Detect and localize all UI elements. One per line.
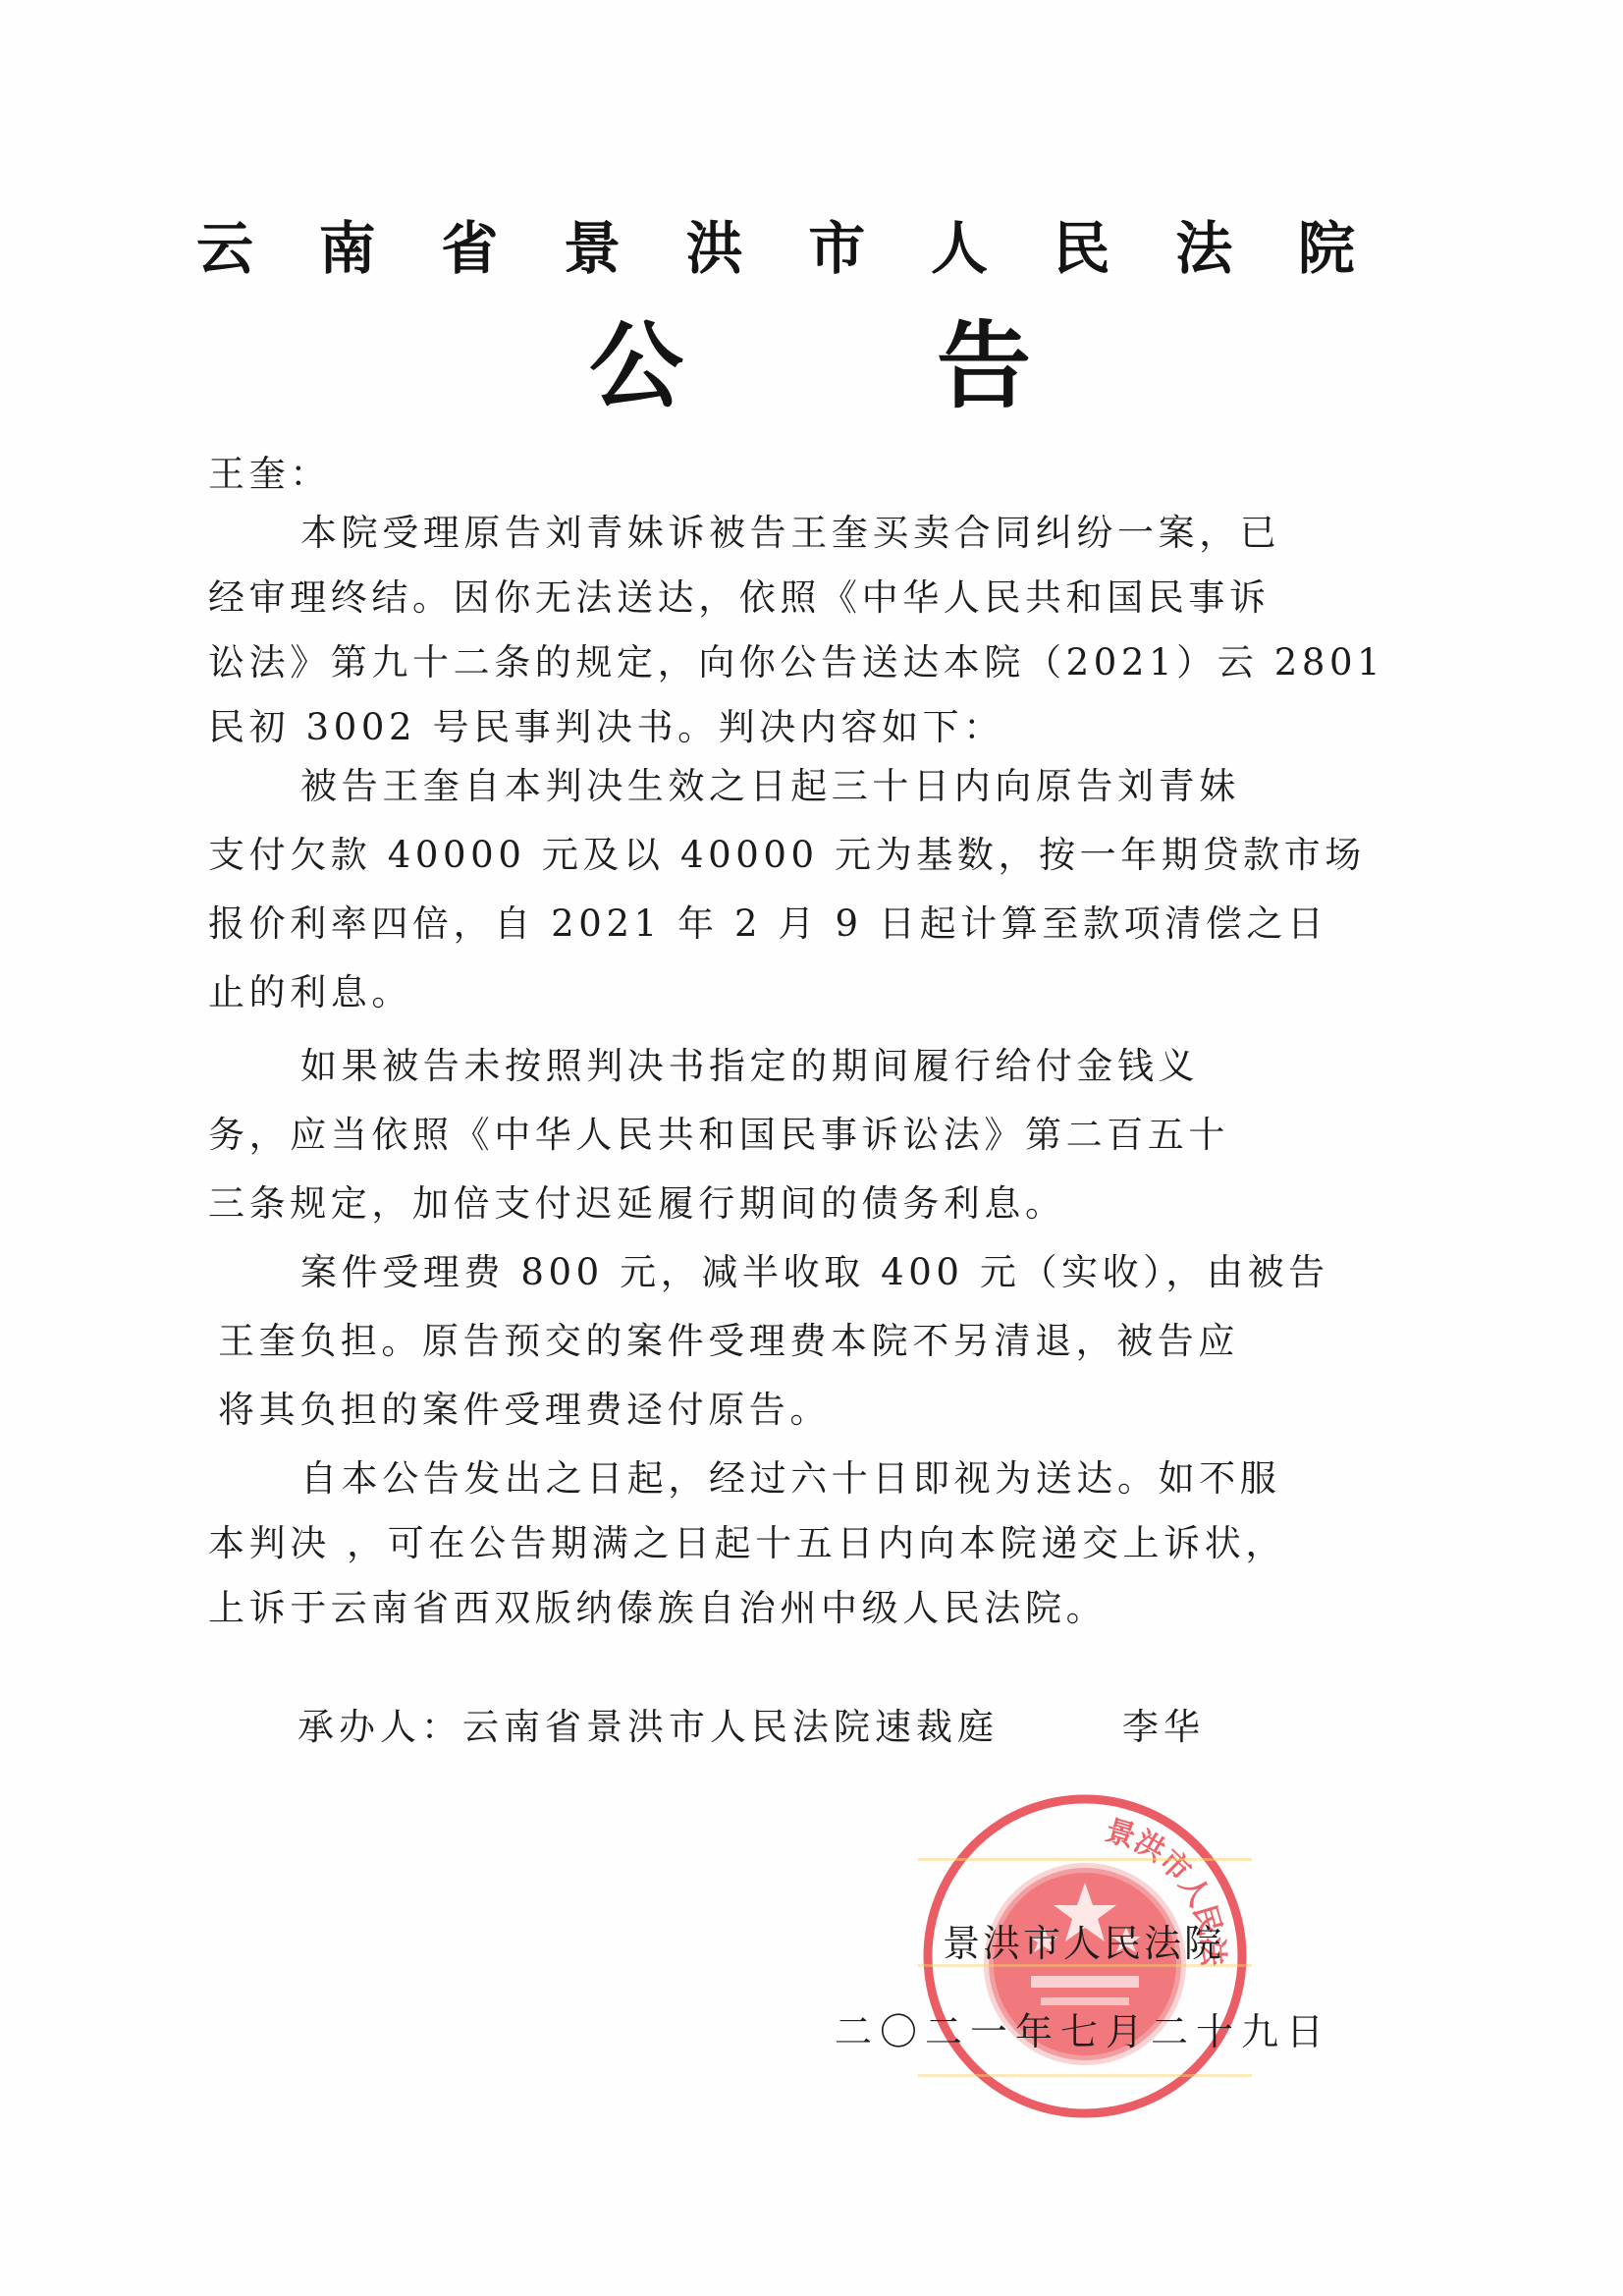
- text-line: 民初 3002 号民事判决书。判决内容如下：: [208, 697, 1004, 750]
- notice-title-char: 告: [937, 312, 1031, 420]
- handler-line: 承办人：云南省景洪市人民法院速裁庭: [298, 1697, 999, 1750]
- text-line: 将其负担的案件受理费迳付原告。: [218, 1380, 831, 1433]
- text-line: 止的利息。: [208, 962, 412, 1015]
- court-name-char: 民: [1054, 214, 1110, 283]
- text-line: 讼法》第九十二条的规定，向你公告送达本院（2021）云 2801: [208, 632, 1384, 685]
- handler-name: 李华: [1122, 1697, 1205, 1750]
- text-line: 三条规定，加倍支付迟延履行期间的债务利息。: [208, 1174, 1066, 1227]
- court-name-char: 人: [931, 214, 988, 283]
- text-line: 被告王奎自本判决生效之日起三十日内向原告刘青妹: [300, 756, 1240, 809]
- court-name-char: 省: [441, 214, 498, 283]
- court-name-char: 洪: [686, 214, 743, 283]
- document-page: 云 南 省 景 洪 市 人 民 法 院 公 告 王奎： 本院受理原告刘青妹诉被告…: [0, 0, 1623, 2296]
- handler-department: 云南省景洪市人民法院速裁庭: [462, 1706, 999, 1748]
- issuer-name: 景洪市人民法院: [943, 1913, 1224, 1967]
- court-name-heading: 云 南 省 景 洪 市 人 民 法 院: [196, 214, 1355, 283]
- text-line: 支付欠款 40000 元及以 40000 元为基数，按一年期贷款市场: [208, 825, 1366, 878]
- text-line: 如果被告未按照判决书指定的期间履行给付金钱义: [300, 1036, 1199, 1089]
- court-name-char: 法: [1175, 214, 1232, 283]
- text-line: 上诉于云南省西双版纳傣族自治州中级人民法院。: [208, 1578, 1107, 1631]
- text-line: 经审理终结。因你无法送达，依照《中华人民共和国民事诉: [208, 568, 1271, 621]
- notice-title-char: 公: [589, 312, 683, 420]
- issue-date: 二〇二一年七月二十九日: [835, 2001, 1331, 2055]
- court-name-char: 南: [319, 214, 376, 283]
- text-line: 本院受理原告刘青妹诉被告王奎买卖合同纠纷一案，已: [300, 503, 1280, 556]
- addressee-line: 王奎：: [208, 444, 331, 497]
- notice-title: 公 告: [589, 312, 1031, 420]
- court-name-char: 景: [564, 214, 621, 283]
- court-name-char: 院: [1298, 214, 1355, 283]
- text-line: 本判决 ，可在公告期满之日起十五日内向本院递交上诉状，: [208, 1513, 1286, 1566]
- text-line: 务，应当依照《中华人民共和国民事诉讼法》第二百五十: [208, 1105, 1229, 1158]
- text-line: 报价利率四倍，自 2021 年 2 月 9 日起计算至款项清偿之日: [208, 894, 1328, 947]
- court-name-char: 云: [196, 214, 253, 283]
- text-line: 王奎负担。原告预交的案件受理费本院不另清退，被告应: [218, 1311, 1239, 1364]
- text-line: 案件受理费 800 元，减半收取 400 元（实收），由被告: [300, 1242, 1329, 1295]
- court-name-char: 市: [808, 214, 865, 283]
- text-line: 自本公告发出之日起，经过六十日即视为送达。如不服: [300, 1449, 1280, 1502]
- handler-label: 承办人：: [298, 1706, 462, 1748]
